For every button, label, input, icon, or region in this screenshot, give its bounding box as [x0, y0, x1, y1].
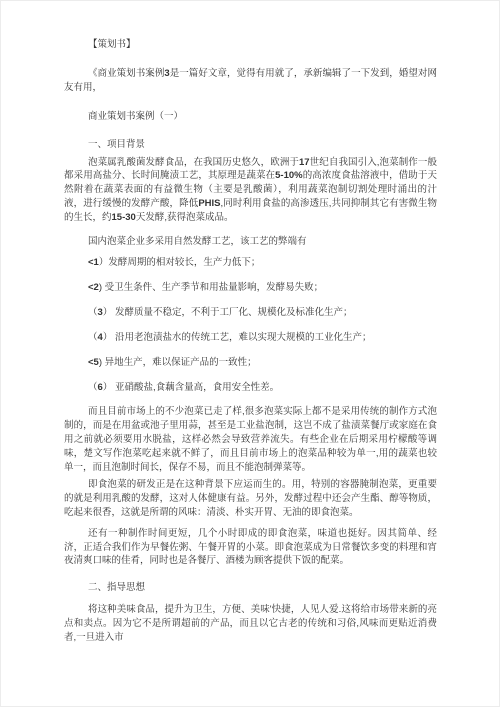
- section-2-paragraph-1: 将这种美味食品，提升为卫生，方便、美味'快捷，人见人爱.这将给市场带来新的亮点和…: [64, 603, 437, 645]
- document-content: 【策划书】 《商业策划书案例3是一篇好文章，觉得有用就了，承新编辑了一下发到，婚…: [1, 1, 499, 645]
- section-1-heading: 一、项目背景: [64, 138, 437, 152]
- section-1-paragraph-5: 还有一种制作时间更短，几个小时即成的即食泡菜，味道也挺好。因其简单、经济，正适合…: [64, 527, 437, 569]
- drawback-item-3: （3） 发酵质量不稳定，不利于工厂化、规模化及标准化生产；: [64, 306, 437, 320]
- drawback-list: <1）发酵周期的相对较长，生产力低下； <2) 受卫生条件、生产季节和用盐量影响…: [64, 256, 437, 394]
- drawback-item-1: <1）发酵周期的相对较长，生产力低下；: [64, 256, 437, 270]
- section-1-paragraph-3: 而且目前市场上的不少泡菜已走了样,很多泡菜实际上都不是采用传统的制作方式泡制的，…: [64, 405, 437, 475]
- drawback-item-6: （6） 亚硝酸盐,食藕含量高，食用安全性差。: [64, 381, 437, 395]
- section-1-paragraph-4: 即食泡菜的研发正是在这种背景下应运而生的。用，特别的容器腌制泡菜，更重要的就是利…: [64, 478, 437, 520]
- doc-subtitle: 商业策划书案例（一）: [64, 110, 437, 124]
- section-1-paragraph-1: 泡菜属乳酸菌发酵食品，在我国历史悠久，欧洲于17世纪自我国引入,泡菜制作一般都采…: [64, 156, 437, 226]
- document-page: 【策划书】 《商业策划书案例3是一篇好文章，觉得有用就了，承新编辑了一下发到，婚…: [0, 0, 500, 707]
- section-1-paragraph-2: 国内泡菜企业多采用自然发酵工艺，该工艺的弊端有: [64, 235, 437, 249]
- doc-header-tag: 【策划书】: [64, 38, 437, 52]
- doc-intro-line: 《商业策划书案例3是一篇好文章，觉得有用就了，承新编辑了一下发到，婚望对网友有用…: [64, 67, 437, 95]
- drawback-item-2: <2) 受卫生条件、生产季节和用盐量影响，发酵易失败；: [64, 281, 437, 295]
- section-2-heading: 二、指导思想: [64, 581, 437, 595]
- drawback-item-4: （4） 沿用老泡渍盐水的传统工艺，难以实现大规模的工业化生产；: [64, 331, 437, 345]
- drawback-item-5: <5) 异地生产，难以保证产品的一致性；: [64, 356, 437, 370]
